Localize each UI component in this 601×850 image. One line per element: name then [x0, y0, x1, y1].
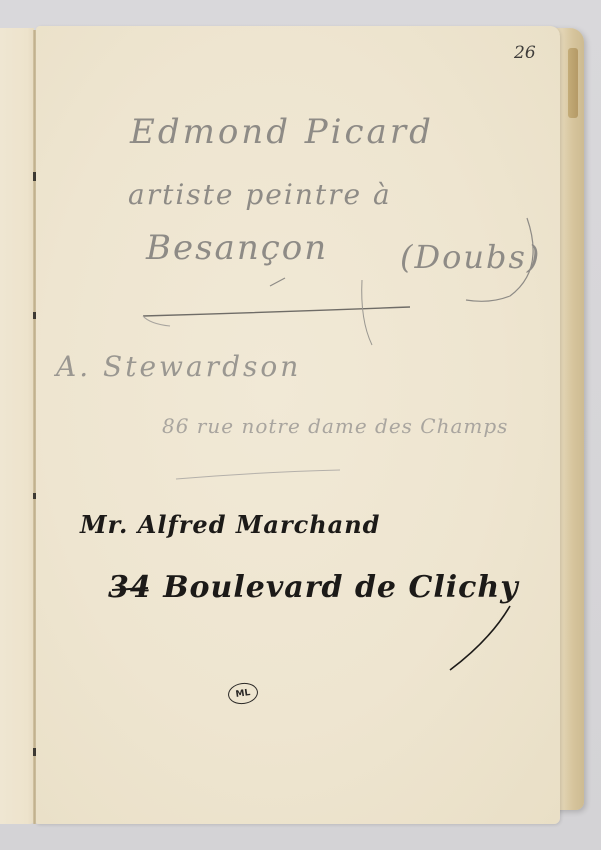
entry-2-name: A. Stewardson: [56, 350, 301, 383]
entry-1-department: (Doubs): [400, 238, 541, 276]
entry-1-city: Besançon: [146, 228, 328, 268]
entry-3-address: 34 Boulevard de Clichy: [108, 570, 519, 605]
entry-1-name: Edmond Picard: [130, 112, 434, 152]
entry-2-address: 86 rue notre dame des Champs: [162, 414, 508, 438]
entry-1-profession: artiste peintre à: [128, 178, 392, 211]
entry-3-name: Mr. Alfred Marchand: [80, 510, 380, 539]
left-page: [0, 28, 34, 824]
page-number: 26: [514, 43, 536, 63]
